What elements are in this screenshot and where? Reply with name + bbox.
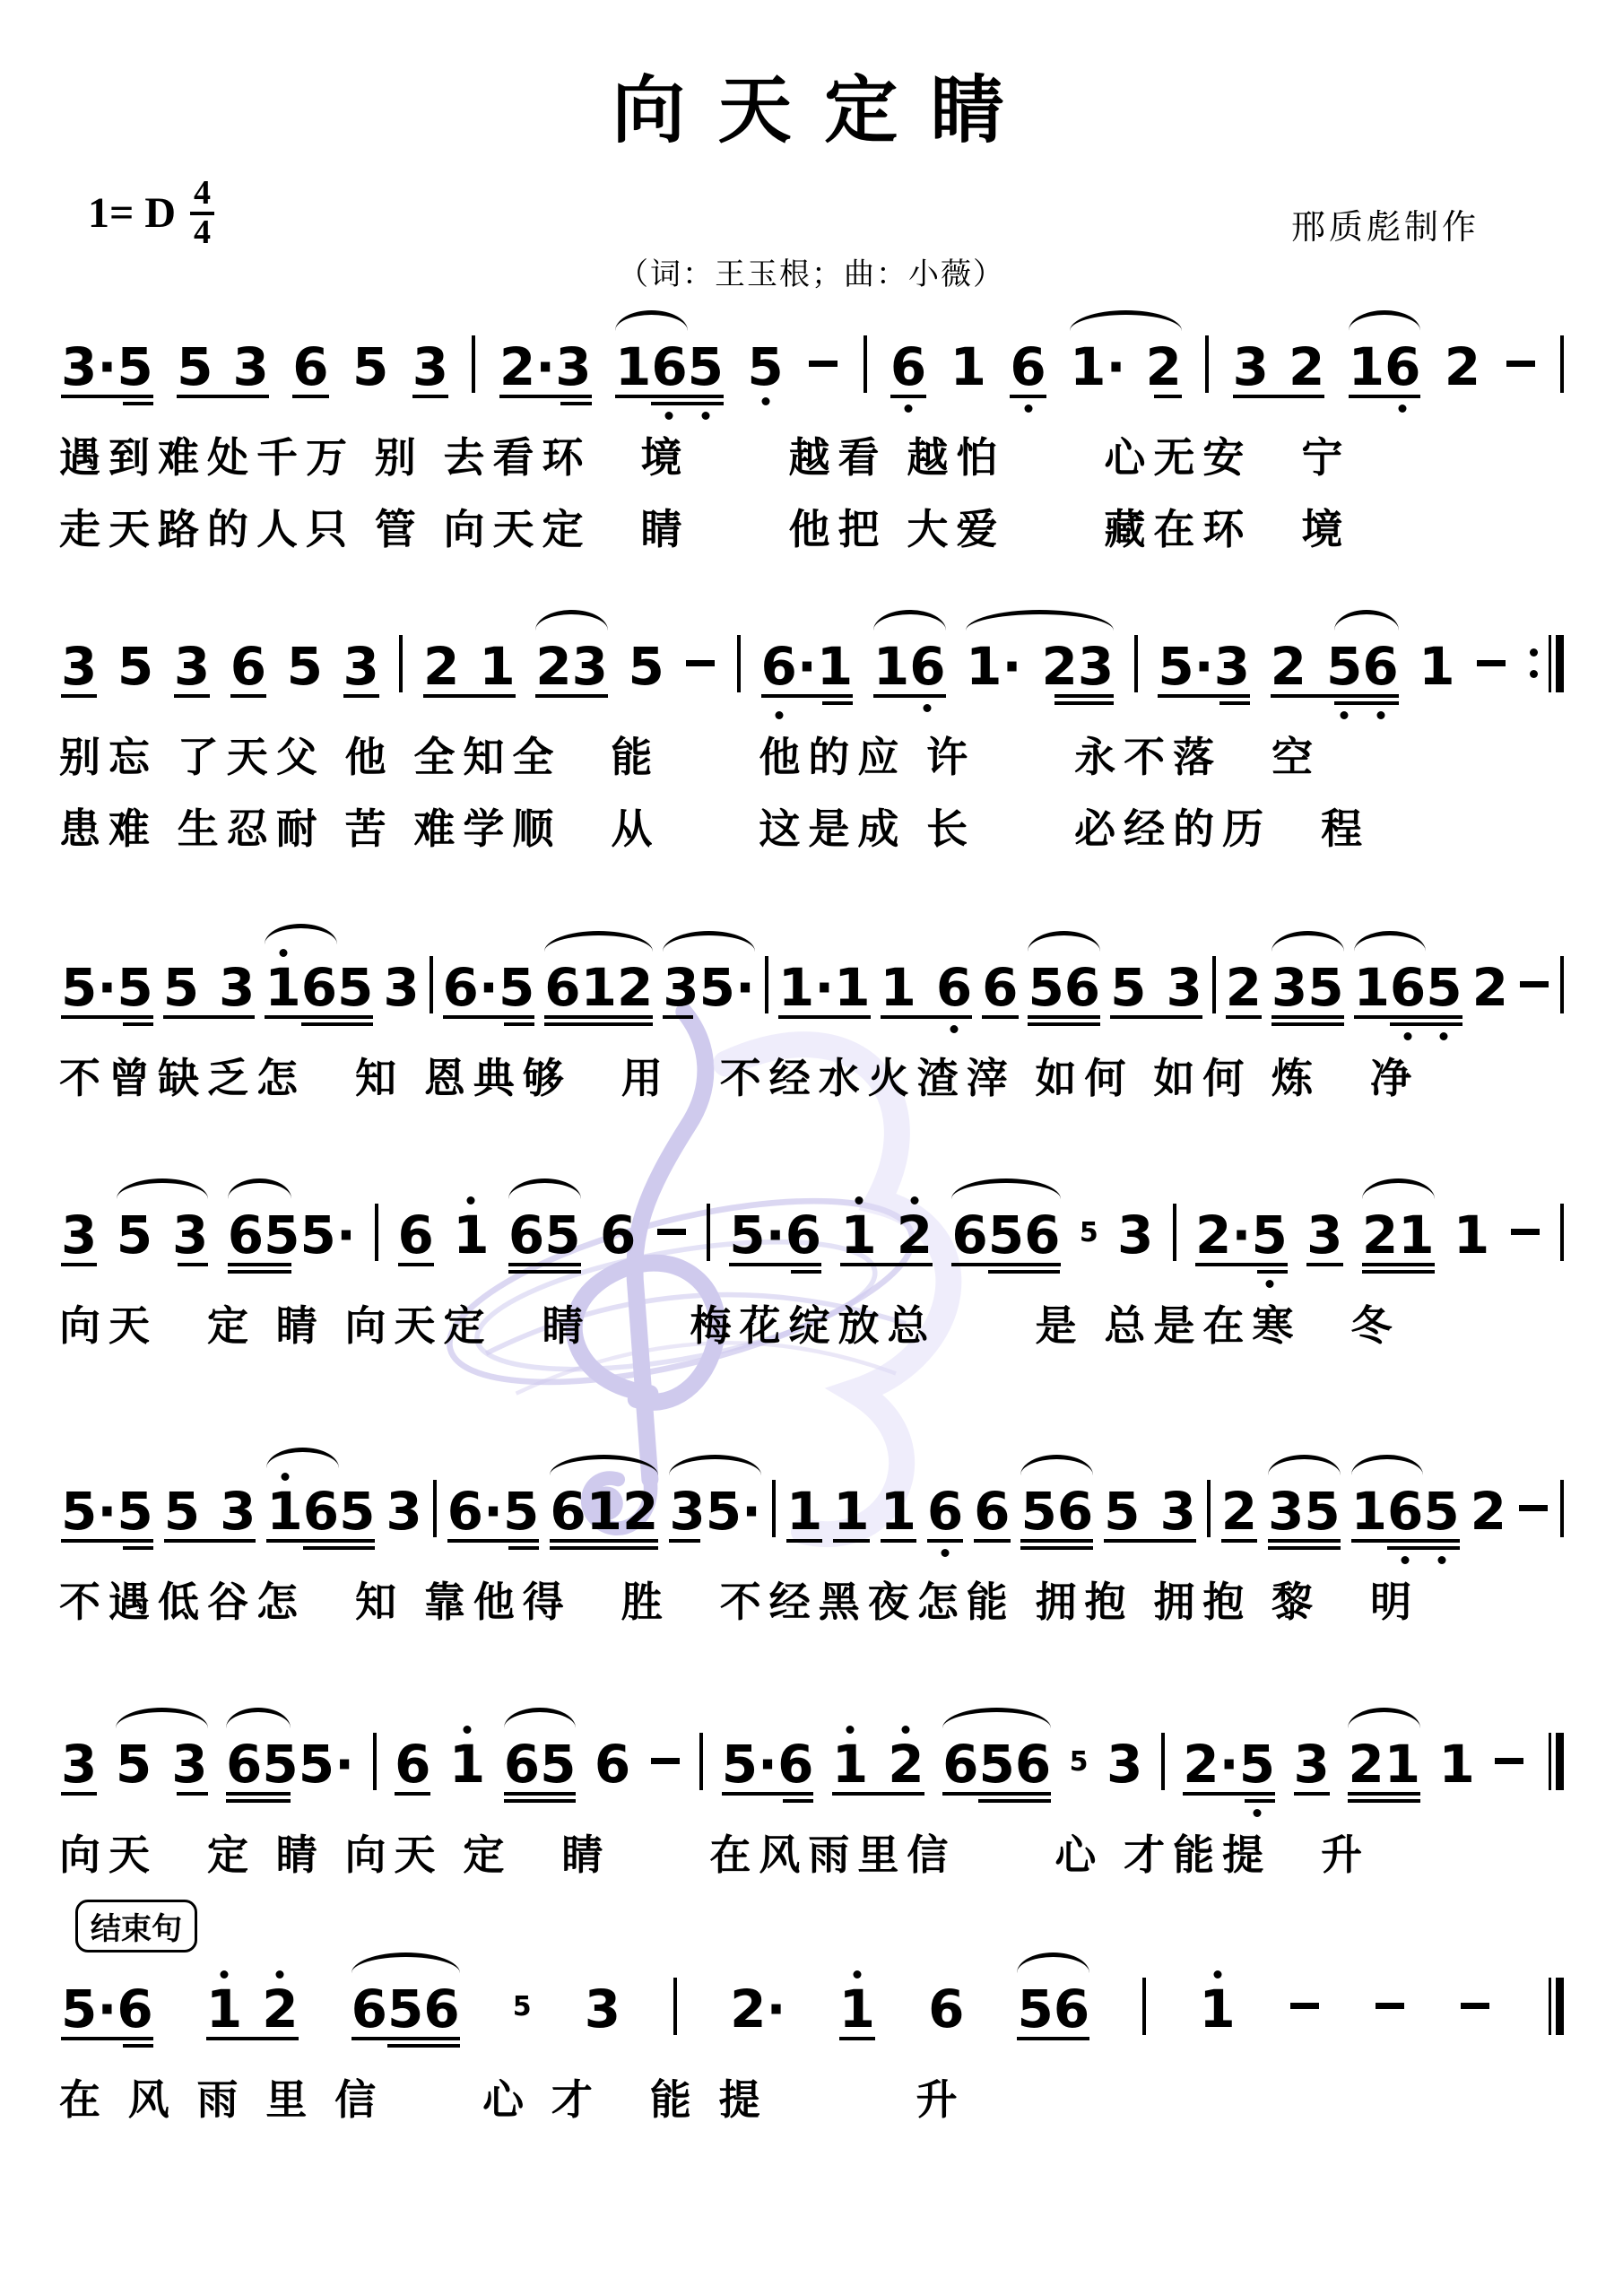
beam-line xyxy=(881,1539,916,1543)
notation-line: 5·55 316536·561235·11166565 32351652 xyxy=(56,1474,1569,1537)
note-digit: 3 xyxy=(1268,1485,1304,1537)
beam-line xyxy=(301,1022,374,1026)
beam-line xyxy=(1233,395,1325,398)
note-digit: · xyxy=(483,1485,503,1537)
note-digit: 1 xyxy=(1351,1485,1387,1537)
note-token: 56 xyxy=(1028,956,1100,1013)
note-token: 1 2 xyxy=(840,1204,933,1261)
slur-arc xyxy=(535,610,608,631)
note-digit: 6 xyxy=(936,961,972,1013)
beam-line xyxy=(226,1799,291,1803)
beam-line xyxy=(265,1015,373,1019)
note-digit: 6 xyxy=(398,1209,434,1261)
note-digit: 5 xyxy=(262,1738,298,1790)
note-digit: 5 xyxy=(1304,1485,1340,1537)
beam-line xyxy=(504,1799,577,1803)
octave-dot-low xyxy=(942,1549,950,1557)
note-token: 3 xyxy=(386,1480,421,1537)
note-digit xyxy=(877,1209,897,1261)
beam-line xyxy=(1154,395,1182,398)
note-token: 1 xyxy=(1419,635,1454,692)
note-digit: 1 xyxy=(1070,341,1106,393)
note-digit: 5 xyxy=(499,961,534,1013)
note-digit: 6 xyxy=(951,1209,987,1261)
barline xyxy=(375,1204,378,1261)
note-digit: 2 xyxy=(1362,1209,1398,1261)
note-token: 23 xyxy=(535,635,608,692)
note-token: 5·5 xyxy=(61,1480,153,1537)
octave-dot-high xyxy=(902,1726,910,1734)
beam-line xyxy=(1348,1792,1420,1796)
note-digit: 5 xyxy=(1110,961,1146,1013)
note-token: 65 xyxy=(508,1204,581,1261)
beam-line xyxy=(1104,1539,1196,1543)
beam-line xyxy=(1387,1546,1460,1550)
note-digit: 6 xyxy=(230,640,266,692)
beam-line xyxy=(651,402,724,405)
note-token: 1 6 xyxy=(881,956,973,1013)
note-digit: 5 xyxy=(540,1738,576,1790)
note-digit: 3 xyxy=(61,640,97,692)
beam-line xyxy=(778,1015,871,1019)
time-numerator: 4 xyxy=(190,176,214,215)
slur-arc xyxy=(116,1708,208,1728)
note-digit: 3 xyxy=(61,341,97,393)
octave-dot-high xyxy=(853,1970,861,1979)
beam-line xyxy=(1020,1546,1093,1550)
note-token: 655· xyxy=(226,1733,354,1790)
note-token: 656 xyxy=(942,1733,1051,1790)
note-digit: 5 xyxy=(706,1485,742,1537)
note-digit: 6 xyxy=(651,341,687,393)
final-barline xyxy=(1544,1733,1564,1790)
note-digit: 6 xyxy=(761,640,797,692)
beam-line xyxy=(1028,1015,1100,1019)
note-digit: 3 xyxy=(1214,640,1250,692)
note-token: 3 2 xyxy=(1233,335,1325,393)
note-digit: 5 xyxy=(699,961,735,1013)
barline xyxy=(1560,1204,1564,1261)
beam-line xyxy=(729,1263,821,1266)
note-token: 3·5 xyxy=(61,335,153,393)
beam-line xyxy=(1226,1015,1262,1019)
note-digit: 5 xyxy=(629,640,664,692)
note-digit: 5 xyxy=(1070,1749,1089,1776)
dash-continuation xyxy=(655,1204,688,1261)
music-system: 3536532 12356·1161· 235·32 561别忘 了天父 他 全… xyxy=(56,630,1569,856)
note-token: 3 xyxy=(383,956,419,1013)
note-digit: · xyxy=(758,1738,777,1790)
note-token: 6·5 xyxy=(443,956,535,1013)
beam-line xyxy=(669,1539,699,1543)
dash-continuation xyxy=(1505,335,1537,393)
beam-line xyxy=(508,1270,581,1274)
slur-arc xyxy=(266,1448,339,1468)
note-digit: 2 xyxy=(888,1738,924,1790)
beam-line xyxy=(230,694,266,698)
beam-line xyxy=(1306,1263,1342,1266)
beam-line xyxy=(123,1022,153,1026)
note-digit: 3 xyxy=(1159,1485,1195,1537)
beam-line xyxy=(61,1015,153,1019)
note-digit: 3 xyxy=(663,961,699,1013)
octave-dot-low xyxy=(1399,404,1407,413)
note-digit: 2 xyxy=(1271,640,1306,692)
repeat-dots xyxy=(1530,648,1538,657)
slur-arc xyxy=(966,610,1114,631)
note-digit: 3 xyxy=(1078,640,1114,692)
beam-line xyxy=(982,1015,1018,1019)
note-digit: 5 xyxy=(1080,1220,1098,1247)
note-token: 5 xyxy=(629,635,664,692)
beam-line xyxy=(927,1539,963,1543)
note-token: 165 xyxy=(615,335,724,393)
note-token: 3 xyxy=(1294,1733,1330,1790)
octave-dot-low xyxy=(905,404,913,413)
note-token: 1·1 xyxy=(778,956,871,1013)
note-digit: 1 xyxy=(266,1485,302,1537)
beam-line xyxy=(1110,1015,1202,1019)
slur-arc xyxy=(1020,1455,1093,1475)
beam-line xyxy=(163,1015,256,1019)
note-digit: 6 xyxy=(974,1485,1010,1537)
note-digit: 3 xyxy=(233,341,269,393)
note-digit: 6 xyxy=(600,1209,636,1261)
note-digit xyxy=(213,341,233,393)
barline xyxy=(1134,635,1138,692)
beam-line xyxy=(123,1546,153,1550)
note-token: 2 56 xyxy=(1271,635,1399,692)
note-digit: · xyxy=(814,961,834,1013)
note-digit: 5 xyxy=(747,341,783,393)
note-digit: 2 xyxy=(897,1209,933,1261)
octave-dot-low xyxy=(761,397,769,405)
beam-line xyxy=(123,2044,153,2048)
note-digit: 1 xyxy=(615,341,651,393)
beam-line xyxy=(178,1263,208,1266)
beam-line xyxy=(974,1539,1010,1543)
beam-line xyxy=(881,1015,973,1019)
barline xyxy=(1205,335,1209,393)
note-digit: · xyxy=(97,341,117,393)
octave-dot-low xyxy=(1024,404,1032,413)
octave-dot-high xyxy=(221,1970,229,1979)
note-digit: 5 xyxy=(339,1485,375,1537)
note-digit: 5 xyxy=(729,1209,765,1261)
notation-line: 5·55 316536·561235·1·11 66565 32351652 xyxy=(56,951,1569,1013)
beam-line xyxy=(1271,1022,1344,1026)
note-digit: 6 xyxy=(785,1209,821,1261)
note-digit: 6 xyxy=(447,1485,483,1537)
note-digit: 1 xyxy=(449,1738,485,1790)
beam-line xyxy=(890,395,926,398)
note-digit: 1 xyxy=(840,1209,876,1261)
note-token: 165 xyxy=(1351,1480,1460,1537)
note-digit: 5 xyxy=(287,640,323,692)
beam-line xyxy=(1245,1799,1275,1803)
note-digit: 5 xyxy=(117,640,153,692)
octave-dot-low xyxy=(701,412,709,420)
slur-arc xyxy=(1354,931,1427,952)
octave-dot-low xyxy=(950,1025,959,1033)
note-digit: 1 xyxy=(265,961,300,1013)
beam-line xyxy=(783,1799,813,1803)
music-system: 结束句5·61 2656532·16561在 风 雨 里 信 心 才 能 提 升 xyxy=(56,1900,1569,2126)
octave-dot-low xyxy=(1404,1032,1412,1040)
beam-line xyxy=(504,1022,534,1026)
notation-line: 3536532 12356·1161· 235·32 561 xyxy=(56,630,1569,692)
note-digit: 6 xyxy=(352,1983,387,2035)
barline xyxy=(1212,956,1216,1013)
note-token: 5·6 xyxy=(722,1733,814,1790)
note-digit: 3 xyxy=(1117,1209,1153,1261)
note-token: 612 xyxy=(550,1480,658,1537)
beam-line xyxy=(988,1270,1061,1274)
note-token: 1· 2 xyxy=(1070,335,1182,393)
beam-line xyxy=(1257,1270,1288,1274)
note-digit: 1 xyxy=(1454,1209,1489,1261)
note-digit: 6 xyxy=(423,1983,459,2035)
barline xyxy=(433,1480,437,1537)
note-digit: 5 xyxy=(264,1209,299,1261)
note-digit: 3 xyxy=(1233,341,1269,393)
sheet-music-page: 向 天 定 睛 1= D 4 4 邢质彪制作 （词：王玉根；曲：小薇） 3·55… xyxy=(0,0,1623,2296)
note-token: 5 3 xyxy=(163,956,256,1013)
beam-line xyxy=(544,1015,653,1019)
note-token: 2 1 xyxy=(423,635,516,692)
beam-line xyxy=(1195,1263,1288,1266)
note-digit: 3 xyxy=(1107,1738,1142,1790)
note-digit xyxy=(199,961,219,1013)
note-token: 1 xyxy=(950,335,986,393)
note-digit: 2 xyxy=(1472,961,1508,1013)
octave-dot-high xyxy=(910,1196,918,1205)
note-token: 3 xyxy=(61,1733,97,1790)
note-digit: 1 xyxy=(881,1485,916,1537)
beam-line xyxy=(761,694,854,698)
note-digit: 5 xyxy=(117,1485,152,1537)
beam-line xyxy=(61,395,153,398)
note-digit: 3 xyxy=(61,1738,97,1790)
note-digit: 1 xyxy=(786,1485,822,1537)
note-token: 1 xyxy=(449,1733,485,1790)
repeat-end-barline xyxy=(1528,635,1564,692)
beam-line xyxy=(174,694,210,698)
note-digit: · xyxy=(97,1485,117,1537)
note-digit: 2 xyxy=(617,961,653,1013)
slur-arc xyxy=(1351,1455,1424,1475)
note-digit: 2 xyxy=(1183,1738,1219,1790)
note-digit: 5 xyxy=(1326,640,1362,692)
barline xyxy=(707,1204,710,1261)
lyrics-line: 不曾缺乏怎 知 恩典够 用 不经水火渣滓 如何 如何 炼 净 xyxy=(56,1046,1569,1105)
note-digit: 5 xyxy=(116,1738,152,1790)
note-digit: 5 xyxy=(1020,1485,1056,1537)
note-digit: 3 xyxy=(1166,961,1202,1013)
note-digit: 5 xyxy=(1307,961,1343,1013)
note-digit: 6 xyxy=(550,1485,586,1537)
barline xyxy=(430,956,433,1013)
barline xyxy=(1207,1480,1211,1537)
note-digit: 6 xyxy=(504,1738,540,1790)
note-digit: 6 xyxy=(1024,1209,1060,1261)
octave-dot-high xyxy=(467,1196,475,1205)
note-token: 2 xyxy=(1445,335,1480,393)
note-digit: · xyxy=(766,1209,785,1261)
note-digit xyxy=(200,1485,220,1537)
note-token: 5·6 xyxy=(729,1204,821,1261)
octave-dot-high xyxy=(855,1196,863,1205)
note-digit: 1 xyxy=(479,640,515,692)
note-digit: 5 xyxy=(337,961,373,1013)
note-digit: 2 xyxy=(499,341,535,393)
note-digit: 3 xyxy=(343,640,379,692)
note-digit: 6 xyxy=(890,341,926,393)
octave-dot-high xyxy=(846,1726,855,1734)
octave-dot-low xyxy=(1376,711,1384,719)
note-token: 1 xyxy=(839,1978,875,2035)
note-token: 5·6 xyxy=(61,1978,153,2035)
beam-line xyxy=(1348,1799,1420,1803)
note-token: 5 3 xyxy=(116,1733,208,1790)
note-digit xyxy=(1022,640,1042,692)
barline xyxy=(864,335,867,393)
note-token: 6 xyxy=(395,1733,430,1790)
beam-line xyxy=(303,1546,376,1550)
beam-line xyxy=(228,1270,292,1274)
note-token: 1 xyxy=(833,1480,869,1537)
note-token: 656 xyxy=(951,1204,1060,1261)
octave-dot-low xyxy=(1253,1809,1261,1817)
note-digit: 1 xyxy=(1349,341,1384,393)
note-digit: 2 xyxy=(1348,1738,1384,1790)
barline xyxy=(1560,335,1564,393)
note-digit: 2 xyxy=(1289,341,1324,393)
octave-dot-low xyxy=(924,704,932,712)
note-token: 5 3 xyxy=(164,1480,256,1537)
beam-line xyxy=(1221,1539,1257,1543)
note-digit: 6 xyxy=(228,1209,264,1261)
dash-continuation xyxy=(684,635,716,692)
beam-line xyxy=(663,1015,693,1019)
octave-dot-low xyxy=(665,412,673,420)
note-digit: 6 xyxy=(982,961,1018,1013)
beam-line xyxy=(550,1539,658,1543)
dash-continuation xyxy=(1517,1480,1549,1537)
time-denominator: 4 xyxy=(194,215,211,251)
beam-line xyxy=(786,1539,822,1543)
note-token: 2 xyxy=(1226,956,1262,1013)
slur-arc xyxy=(615,310,688,331)
beam-line xyxy=(978,1799,1051,1803)
beam-line xyxy=(1183,1792,1275,1796)
note-digit: 3 xyxy=(412,341,448,393)
note-digit: 5 xyxy=(164,1485,200,1537)
note-token: 5 xyxy=(747,335,783,393)
note-digit: 1 xyxy=(453,1209,489,1261)
note-digit: 6 xyxy=(1010,341,1046,393)
note-token: 6 xyxy=(974,1480,1010,1537)
note-digit: 5 xyxy=(1423,1485,1459,1537)
beam-line xyxy=(61,694,97,698)
barline xyxy=(673,1978,677,2035)
note-token: 5 3 xyxy=(117,1204,209,1261)
note-digit: 5 xyxy=(163,961,199,1013)
notation-line: 35 3655·616565·61 2656532·53211 xyxy=(56,1198,1569,1261)
beam-line xyxy=(1294,1792,1330,1796)
note-digit: 2 xyxy=(1195,1209,1231,1261)
slur-arc xyxy=(226,1708,291,1728)
grace-note: 5 xyxy=(1070,1718,1089,1776)
beam-line xyxy=(1334,701,1399,705)
note-token: 612 xyxy=(544,956,653,1013)
note-token: 5·3 xyxy=(1158,635,1250,692)
lyrics-line: 向天 定 睛 向天定 睛 梅花绽放总 是 总是在寒 冬 xyxy=(56,1293,1569,1352)
beam-line xyxy=(1010,395,1046,398)
music-system: 5·55 316536·561235·1·11 66565 32351652不曾… xyxy=(56,951,1569,1105)
notation-line: 5·61 2656532·16561 xyxy=(56,1972,1569,2035)
note-digit: 6 xyxy=(1390,961,1426,1013)
note-digit: 3 xyxy=(172,1209,208,1261)
beam-line xyxy=(61,2037,153,2040)
note-digit: 5 xyxy=(1017,1983,1053,2035)
beam-line xyxy=(1055,701,1114,705)
beam-line xyxy=(292,395,328,398)
note-token: 6 xyxy=(1010,335,1046,393)
note-digit: 5 xyxy=(1028,961,1063,1013)
note-token: 2 xyxy=(1471,1480,1506,1537)
beam-line xyxy=(1390,1022,1462,1026)
barline xyxy=(399,635,403,692)
ending-phrase-label: 结束句 xyxy=(75,1900,197,1952)
note-token: 6 xyxy=(292,335,328,393)
beam-line xyxy=(1055,694,1114,698)
note-digit: 5 xyxy=(117,341,152,393)
key-label: 1= D xyxy=(88,188,176,238)
note-token: 6 xyxy=(928,1978,964,2035)
barline xyxy=(373,1733,377,1790)
note-token: 65 xyxy=(504,1733,577,1790)
beam-line xyxy=(791,1270,821,1274)
beam-line xyxy=(395,1792,430,1796)
note-digit xyxy=(916,961,936,1013)
note-digit: · xyxy=(97,961,117,1013)
note-digit: 1 xyxy=(1398,1209,1434,1261)
beam-line xyxy=(61,1263,97,1266)
note-digit: · xyxy=(334,1738,354,1790)
beam-line xyxy=(499,395,592,398)
dash-continuation xyxy=(1475,635,1507,692)
beam-line xyxy=(550,1546,658,1550)
slur-arc xyxy=(1268,1455,1341,1475)
octave-dot-high xyxy=(276,1970,284,1979)
key-signature: 1= D 4 4 xyxy=(88,176,214,251)
note-token: 655· xyxy=(228,1204,356,1261)
note-digit: 1 xyxy=(206,1983,242,2035)
note-digit: 3 xyxy=(669,1485,705,1537)
note-digit: 1 xyxy=(586,1485,622,1537)
note-digit: 1 xyxy=(832,1738,868,1790)
slur-arc xyxy=(352,1952,460,1973)
beam-line xyxy=(423,694,516,698)
note-token: 656 xyxy=(352,1978,460,2035)
barline xyxy=(472,335,475,393)
octave-dot-low xyxy=(1440,1032,1448,1040)
note-digit: 6 xyxy=(301,961,337,1013)
note-digit: 5 xyxy=(988,1209,1024,1261)
note-digit: 6 xyxy=(595,1738,630,1790)
lyrics-line: 在 风 雨 里 信 心 才 能 提 升 xyxy=(56,2067,1569,2126)
